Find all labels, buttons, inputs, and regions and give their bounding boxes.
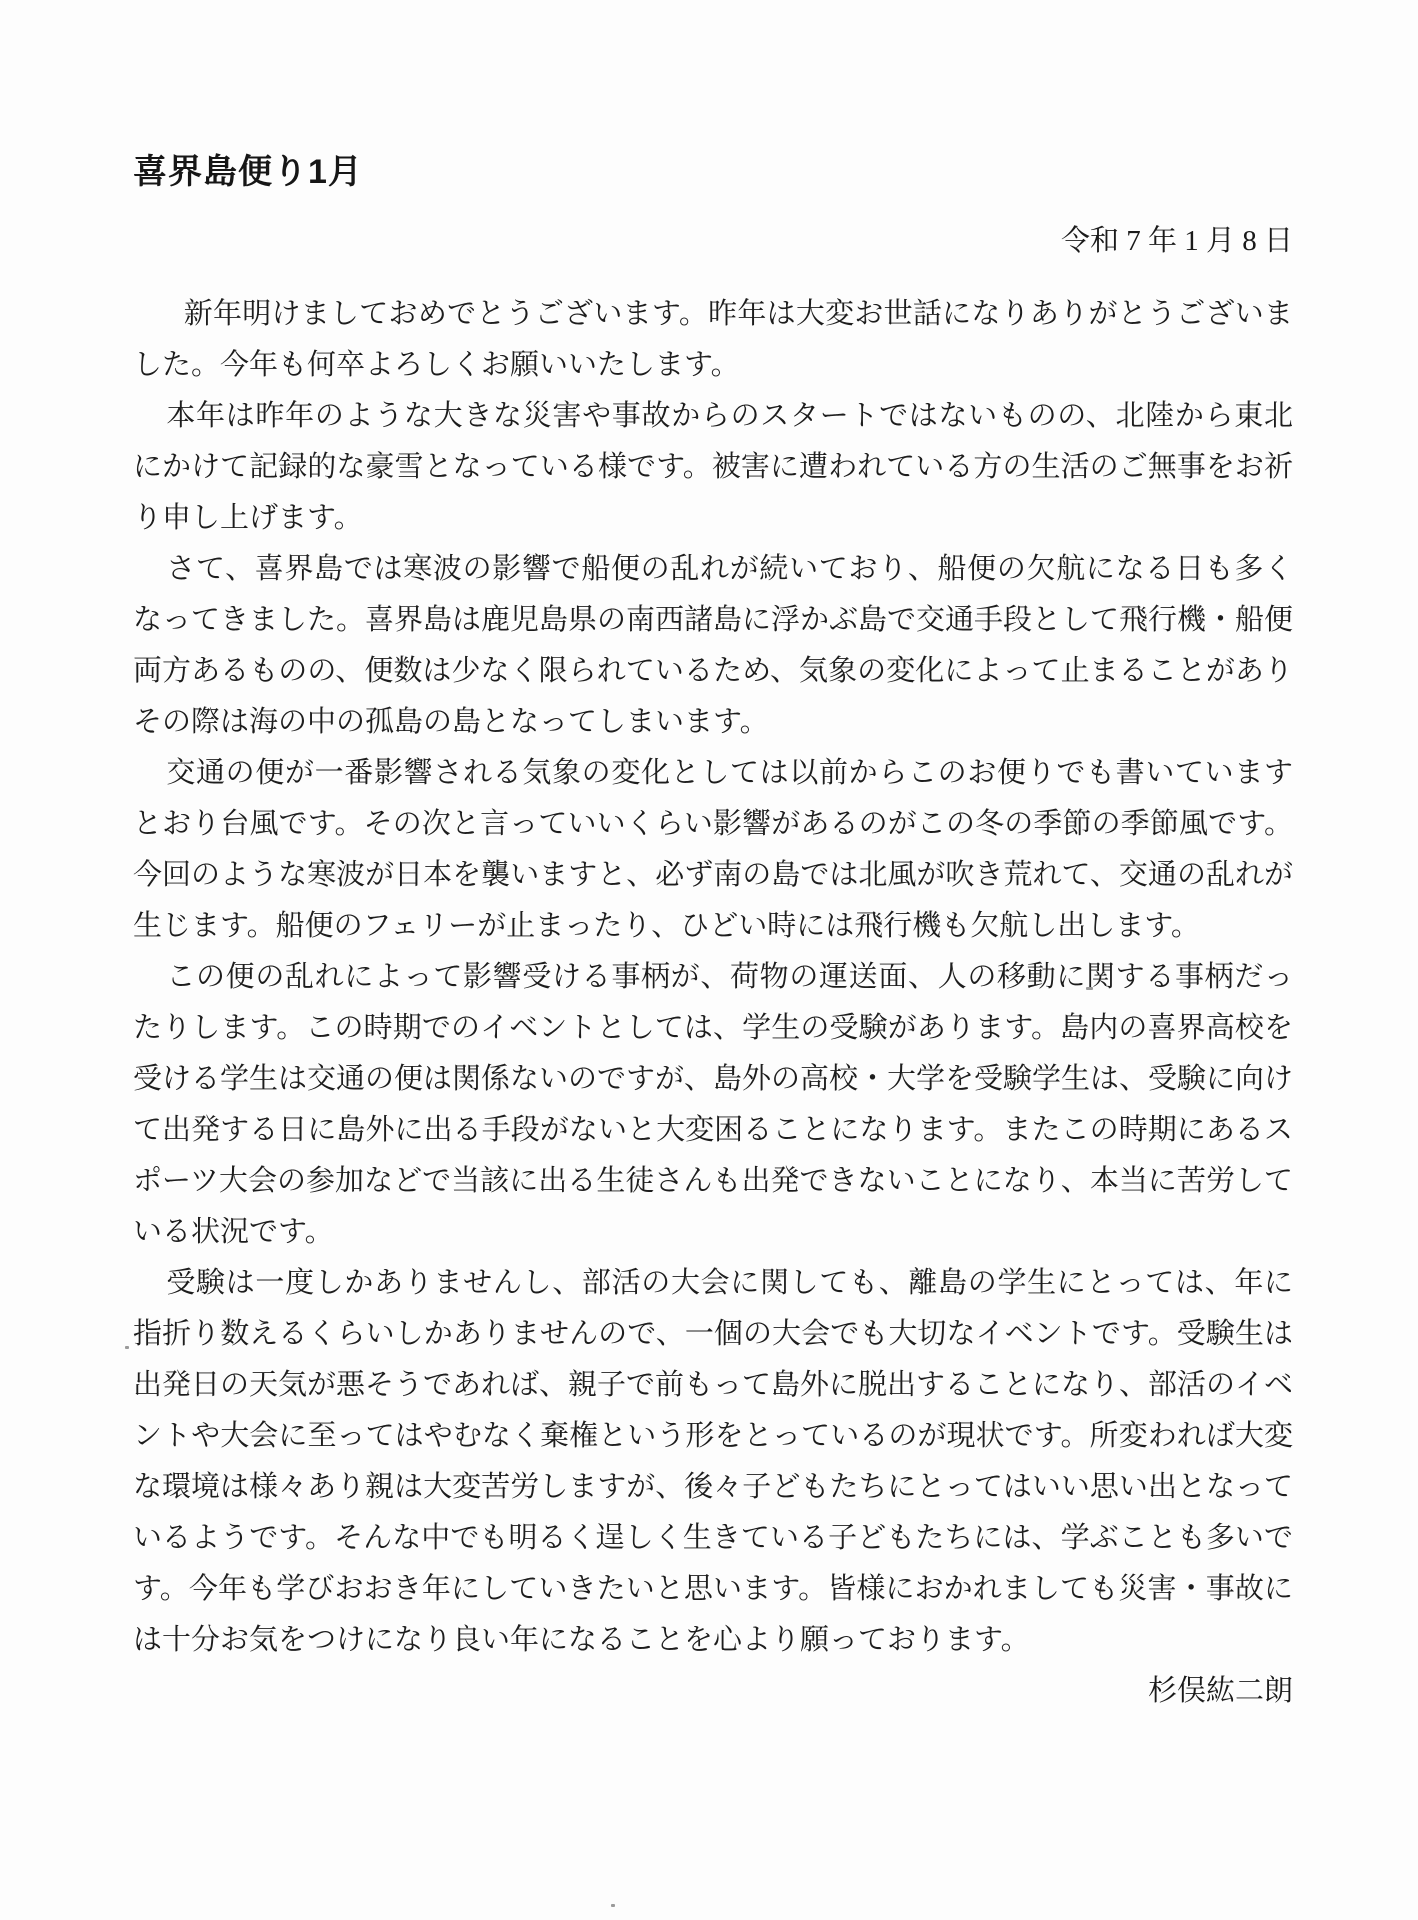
paragraph-seasonal-wind: 交通の便が一番影響される気象の変化としては以前からこのお便りでも書いていますとお… — [133, 748, 1293, 952]
paragraph-ferry-disruption: さて、喜界島では寒波の影響で船便の乱れが続いており、船便の欠航になる日も多くなっ… — [133, 544, 1293, 748]
scanned-letter-page: 喜界島便り1月 令和 7 年 1 月 8 日 新年明けましておめでとうございます… — [0, 0, 1418, 1920]
paragraph-closing: 受験は一度しかありませんし、部活の大会に関しても、離島の学生にとっては、年に指折… — [133, 1258, 1293, 1666]
paragraph-greeting: 新年明けましておめでとうございます。昨年は大変お世話になりありがとうございました… — [133, 289, 1293, 391]
paragraph-snow-disaster: 本年は昨年のような大きな災害や事故からのスタートではないものの、北陸から東北にか… — [133, 391, 1293, 544]
letter-title: 喜界島便り1月 — [133, 150, 1293, 194]
signature: 杉俣紘二朗 — [133, 1666, 1293, 1717]
scan-speck — [611, 1904, 615, 1907]
letter-date: 令和 7 年 1 月 8 日 — [133, 224, 1293, 259]
scan-speck — [125, 1346, 129, 1349]
letter-body: 新年明けましておめでとうございます。昨年は大変お世話になりありがとうございました… — [133, 289, 1293, 1666]
letter-content: 喜界島便り1月 令和 7 年 1 月 8 日 新年明けましておめでとうございます… — [133, 0, 1293, 1717]
paragraph-exam-impact: この便の乱れによって影響受ける事柄が、荷物の運送面、人の移動に関する事柄だったり… — [133, 952, 1293, 1258]
scan-speck — [1086, 987, 1093, 990]
